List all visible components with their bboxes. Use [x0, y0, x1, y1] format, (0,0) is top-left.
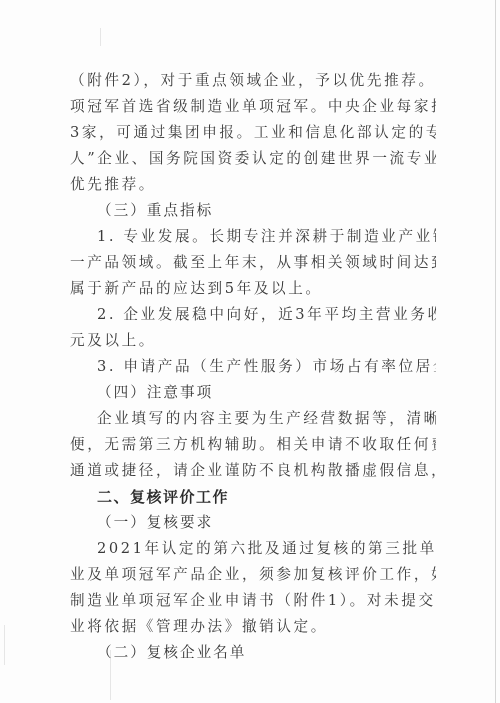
- section-heading-notes: （四）注意事项: [70, 380, 436, 406]
- indicator-2-line: 2. 企业发展稳中向好，近3年平均主营业务收入须达到4亿: [70, 302, 436, 328]
- indicator-1-line: 1. 专业发展。长期专注并深耕于制造业产业链某一环节或某: [70, 224, 436, 250]
- scan-artifact: [100, 28, 101, 46]
- section-heading-review-list: （二）复核企业名单: [70, 640, 436, 666]
- page-edge-line: [495, 0, 496, 703]
- indicator-3-line: 3. 申请产品（生产性服务）市场占有率位居全球前3位。: [70, 354, 436, 380]
- document-page: （附件2），对于重点领域企业，予以优先推荐。申报国家级单 项冠军首选省级制造业单…: [0, 0, 500, 703]
- notes-line: 通道或捷径，请企业谨防不良机构散播虚假信息，非法牟利。: [70, 458, 436, 484]
- scan-artifact: [4, 625, 5, 665]
- paragraph-line: 3家，可通过集团申报。工业和信息化部认定的专精特新“小巨: [70, 120, 436, 146]
- review-requirements-line: 2021年认定的第六批及通过复核的第三批单项冠军示范企: [70, 536, 436, 562]
- notes-line: 便，无需第三方机构辅助。相关申请不收取任何费用，没有特殊: [70, 432, 436, 458]
- review-requirements-line: 业及单项冠军产品企业，须参加复核评价工作，如实、自主填写: [70, 562, 436, 588]
- paragraph-line: 人”企业、国务院国资委认定的创建世界一流专业领军示范企业，: [70, 146, 436, 172]
- section-heading-key-indicators: （三）重点指标: [70, 198, 436, 224]
- section-heading-review-requirements: （一）复核要求: [70, 510, 436, 536]
- indicator-1-line: 属于新产品的应达到5年及以上。: [70, 276, 436, 302]
- review-requirements-line: 业将依据《管理办法》撤销认定。: [70, 614, 436, 640]
- document-body: （附件2），对于重点领域企业，予以优先推荐。申报国家级单 项冠军首选省级制造业单…: [70, 68, 436, 666]
- paragraph-line: 优先推荐。: [70, 172, 436, 198]
- paragraph-line: （附件2），对于重点领域企业，予以优先推荐。申报国家级单: [70, 68, 436, 94]
- indicator-1-line: 一产品领域。截至上年末，从事相关领域时间达到10年及以上，: [70, 250, 436, 276]
- notes-line: 企业填写的内容主要为生产经营数据等，清晰明了、操作简: [70, 406, 436, 432]
- indicator-2-line: 元及以上。: [70, 328, 436, 354]
- part-heading-review: 二、复核评价工作: [70, 484, 436, 510]
- paragraph-line: 项冠军首选省级制造业单项冠军。中央企业每家推荐数量不超过: [70, 94, 436, 120]
- review-requirements-line: 制造业单项冠军企业申请书（附件1）。对未提交复核材料的企: [70, 588, 436, 614]
